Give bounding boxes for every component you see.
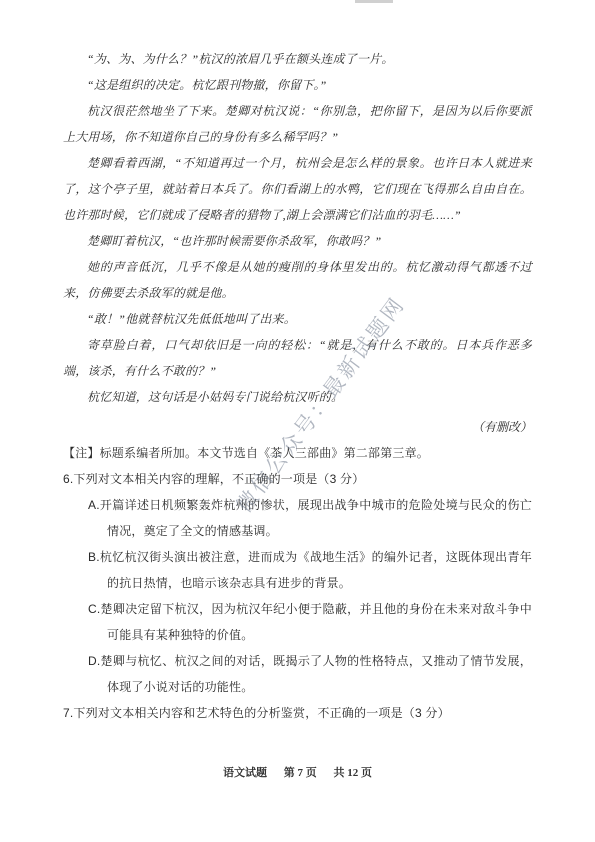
editor-note: 【注】标题系编者所加。本文节选自《茶人三部曲》第二部第三章。 (63, 440, 532, 466)
question-option: B.杭忆杭汉街头演出被注意，进而成为《战地生活》的编外记者，这既体现出青年的抗日… (63, 544, 532, 596)
exam-page: 微信公众号：最新试题网 “为、为、为什么？”杭汉的浓眉几乎在额头连成了一片。“这… (0, 0, 595, 842)
page-content: “为、为、为什么？”杭汉的浓眉几乎在额头连成了一片。“这是组织的决定。杭忆跟刊物… (63, 46, 532, 726)
question-6-options: A.开篇详述日机频繁轰炸杭州的惨状，展现出战争中城市的危险处境与民众的伤亡情况，… (63, 492, 532, 700)
story-paragraph: “为、为、为什么？”杭汉的浓眉几乎在额头连成了一片。 (63, 46, 532, 72)
footer-total-pages: 共 12 页 (334, 767, 373, 779)
story-paragraph: 楚卿盯着杭汉，“也许那时候需要你杀敌军，你敢吗？” (63, 228, 532, 254)
story-paragraph: “这是组织的决定。杭忆跟刊物撤，你留下。” (63, 72, 532, 98)
story-paragraph: 楚卿看着西湖，“不知道再过一个月，杭州会是怎么样的景象。也许日本人就进来了，这个… (63, 150, 532, 228)
question-option: A.开篇详述日机频繁轰炸杭州的惨状，展现出战争中城市的危险处境与民众的伤亡情况，… (63, 492, 532, 544)
story-paragraph: 杭忆知道，这句话是小姑妈专门说给杭汉听的。 (63, 384, 532, 410)
attribution: （有删改） (63, 414, 532, 440)
question-7-stem: 7.下列对文本相关内容和艺术特色的分析鉴赏，不正确的一项是（3 分） (63, 700, 532, 726)
question-option: D.楚卿与杭忆、杭汉之间的对话，既揭示了人物的性格特点，又推动了情节发展，体现了… (63, 648, 532, 700)
page-footer: 语文试题 第 7 页 共 12 页 (0, 764, 595, 780)
story-section: “为、为、为什么？”杭汉的浓眉几乎在额头连成了一片。“这是组织的决定。杭忆跟刊物… (63, 46, 532, 410)
story-paragraph: 她的声音低沉，几乎不像是从她的瘦削的身体里发出的。杭忆激动得气都透不过来，仿佛要… (63, 254, 532, 306)
question-6-stem: 6.下列对文本相关内容的理解，不正确的一项是（3 分） (63, 466, 532, 492)
story-paragraph: 杭汉很茫然地坐了下来。楚卿对杭汉说：“你别急，把你留下，是因为以后你要派上大用场… (63, 98, 532, 150)
scan-artifact (355, 0, 393, 3)
question-7: 7.下列对文本相关内容和艺术特色的分析鉴赏，不正确的一项是（3 分） (63, 700, 532, 726)
question-6: 6.下列对文本相关内容的理解，不正确的一项是（3 分） A.开篇详述日机频繁轰炸… (63, 466, 532, 700)
question-option: C.楚卿决定留下杭汉，因为杭汉年纪小便于隐蔽，并且他的身份在未来对敌斗争中可能具… (63, 596, 532, 648)
footer-doc-label: 语文试题 (223, 767, 267, 779)
footer-page-number: 第 7 页 (284, 767, 317, 779)
story-paragraph: 寄草脸白着，口气却依旧是一向的轻松：“就是，有什么不敢的。日本兵作恶多端，该杀，… (63, 332, 532, 384)
story-paragraph: “敢！”他就替杭汉先低低地叫了出来。 (63, 306, 532, 332)
